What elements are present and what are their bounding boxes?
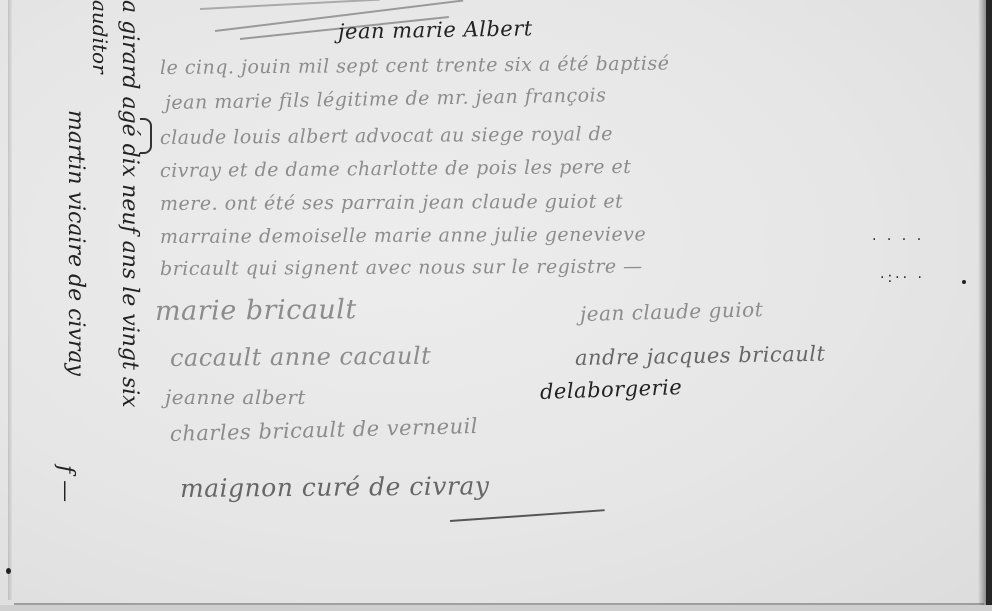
signature: cacault anne cacault — [170, 342, 431, 372]
ink-spot — [962, 280, 966, 284]
signature: jeanne albert — [165, 385, 306, 409]
page-edge — [986, 0, 992, 611]
body-line: claude louis albert advocat au siege roy… — [160, 123, 613, 149]
binding-edge — [8, 0, 12, 600]
margin-note-line: martin vicaire de civray — [63, 110, 88, 376]
manuscript-page: jean marie Albert le cinq. jouin mil sep… — [0, 0, 992, 611]
margin-note-line: f — — [53, 465, 78, 502]
ink-dots: · · · · — [872, 232, 924, 248]
margin-note-line: a girard agé dix neuf ans le vingt six — [117, 0, 142, 408]
body-line: mere. ont été ses parrain jean claude gu… — [160, 191, 623, 215]
signature: charles bricault de verneuil — [170, 414, 479, 446]
page-edge-shadow — [978, 0, 986, 611]
body-line: jean marie fils légitime de mr. jean fra… — [165, 84, 607, 114]
signature: andre jacques bricault — [575, 342, 826, 370]
body-line: le cinq. jouin mil sept cent trente six … — [160, 53, 670, 79]
entry-title: jean marie Albert — [338, 16, 533, 43]
signature: delaborgerie — [540, 375, 683, 404]
page-bottom-strip — [0, 605, 992, 611]
signature: marie bricault — [155, 294, 357, 327]
flourish-stroke — [200, 0, 380, 9]
ink-spot — [6, 568, 11, 574]
ink-dots: ·:·· · — [880, 270, 925, 286]
signature-underline — [450, 509, 605, 522]
body-line: marraine demoiselle marie anne julie gen… — [160, 223, 646, 248]
margin-note-line: auditor — [88, 0, 112, 74]
body-line: civray et de dame charlotte de pois les … — [160, 156, 632, 182]
bracket-mark — [140, 118, 152, 154]
signature: maignon curé de civray — [180, 471, 490, 503]
signature: jean claude guiot — [580, 297, 764, 326]
body-line: bricault qui signent avec nous sur le re… — [160, 255, 643, 280]
